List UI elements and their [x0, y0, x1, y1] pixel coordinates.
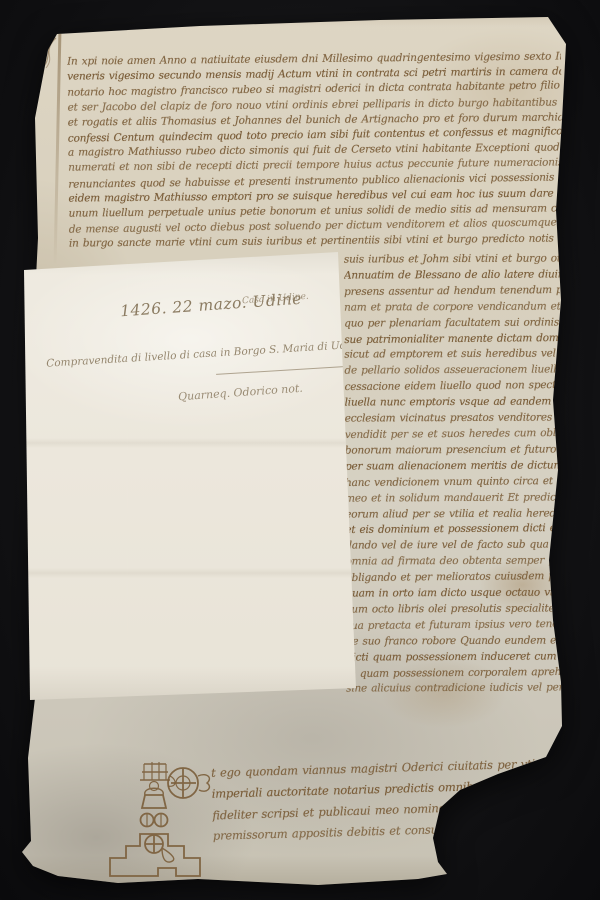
slip-notary-line: Quarneq. Odorico not.: [178, 382, 304, 404]
manuscript-line: vendidit per se et suos heredes cum obli…: [345, 426, 561, 444]
manuscript-line: dando vel de iure vel de facto sub qua d…: [345, 538, 561, 555]
manuscript-line: de suo franco robore Quando eundem empto…: [346, 633, 562, 650]
manuscript-line: omnia ad firmata deo obtenta semper plen…: [345, 554, 561, 571]
manuscript-line: sue patrimonialiter manente dictam domum…: [344, 330, 560, 348]
margin-flourish-icon: [26, 34, 66, 114]
slip-date-line: 1426. 22 mazo. Udine: [120, 290, 303, 321]
manuscript-line: quam in orto iam dicto usque octauo vtin…: [346, 585, 562, 602]
manuscript-line: nam et prata de corpore vendicandum et q…: [344, 299, 560, 316]
underline-stroke: [216, 366, 344, 375]
manuscript-text-top-block: In xpi noie amen Anno a natiuitate eiusd…: [67, 49, 563, 252]
manuscript-line: presens assentur ad hendum tenendum poss…: [344, 283, 560, 301]
manuscript-line: meo et in solidum mandauerit Et predicta…: [345, 490, 561, 507]
manuscript-line: sua pretacta et futuram ipsius vero tene…: [346, 617, 562, 635]
archivist-paper-slip: Casa in Udine. 1426. 22 mazo. Udine Comp…: [20, 248, 360, 703]
manuscript-line: Annuatim de Blessano de alio latere diui…: [344, 267, 560, 284]
et-ego-monogram-icon: [163, 762, 215, 806]
manuscript-line: liuella nunc emptoris vsque ad eandem te…: [345, 395, 561, 412]
manuscript-line: sine alicuius contradicione iudicis vel …: [346, 681, 562, 698]
manuscript-line: cum octo libris olei presolutis speciali…: [346, 601, 562, 618]
slip-crease: [20, 568, 360, 578]
manuscript-text-right-column: suis iuribus et Johm sibi vtini et burgo…: [344, 251, 562, 697]
slip-crease: [20, 438, 360, 448]
manuscript-line: sicut ad emptorem et suis heredibus vel …: [344, 347, 560, 364]
manuscript-line: ecclesiam vicinatus presatos venditores …: [345, 410, 561, 427]
manuscript-line: hanc vendicionem vnum quinto circa et pe…: [345, 474, 561, 492]
manuscript-line: obligando et per melioratos cuiusdem pre…: [345, 569, 561, 587]
slip-description-line: Compravendita di livello di casa in Borg…: [46, 338, 366, 370]
manuscript-line: bonorum maiorum presencium et futurorum …: [345, 442, 561, 459]
manuscript-line: in quam possessionem corporalem aprehend…: [346, 665, 562, 683]
notary-subscription-block: t ego quondam viannus magistri Oderici c…: [211, 753, 553, 846]
manuscript-line: de pellario solidos asseueracionem liuel…: [344, 363, 560, 380]
manuscript-line: dicti quam possessionem induceret cum om…: [346, 649, 562, 666]
manuscript-line: cessacione eidem liuello quod non specta…: [344, 378, 560, 396]
manuscript-line: per suam alienacionem meritis de dictum …: [345, 458, 561, 475]
manuscript-line: et eis dominium et possessionem dicti em…: [345, 521, 561, 539]
manuscript-line: suis iuribus et Johm sibi vtini et burgo…: [344, 251, 560, 268]
photo-of-document: In xpi noie amen Anno a natiuitate eiusd…: [0, 0, 600, 900]
manuscript-line: quo per plenariam facultatem sui ordinis…: [344, 315, 560, 332]
